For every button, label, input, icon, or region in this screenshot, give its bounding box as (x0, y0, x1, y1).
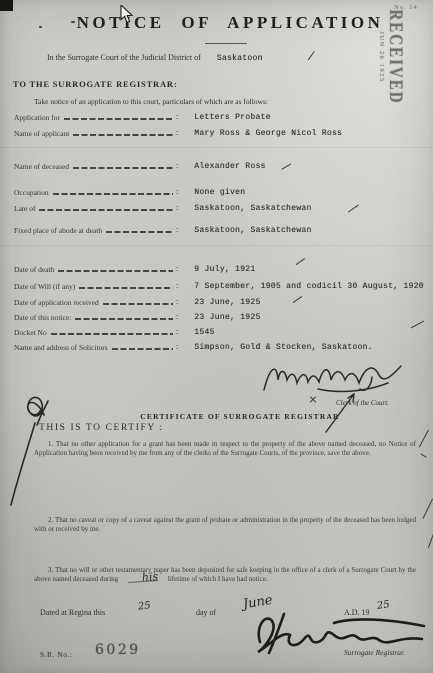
dash-leader (73, 134, 173, 135)
page-title: NOTICE OF APPLICATION (60, 13, 400, 33)
certificate-heading: CERTIFICATE OF SURROGATE REGISTRAR (90, 412, 390, 421)
registrar-caption: Surrogate Registrar. (344, 648, 405, 657)
dash-leader (51, 333, 173, 334)
dash-leader (103, 303, 173, 304)
field-colon: : (176, 203, 178, 212)
certificate-clause-3: 3. That no will or other testamentary pa… (34, 566, 416, 583)
field-label: Date of this notice: (14, 313, 71, 322)
notice-intro: Take notice of an application to this co… (34, 97, 268, 106)
section-divider (0, 147, 433, 148)
field-row-date-of-death: Date of death : 9 July, 1921 (14, 263, 418, 274)
pen-tick (423, 499, 433, 519)
pen-arrow-mark (322, 388, 358, 434)
field-colon: : (176, 281, 178, 290)
court-line: In the Surrogate Court of the Judicial D… (47, 53, 263, 63)
scanned-document-page: RECEIVED JUN 26 1925 No. 14 NOTICE OF AP… (0, 0, 433, 673)
court-line-label: In the Surrogate Court of the Judicial D… (47, 53, 201, 62)
field-label: Name of deceased (14, 162, 69, 171)
pen-tick (308, 51, 315, 61)
field-label: Fixed place of abode at death (14, 226, 102, 235)
field-row-occupation: Occupation : None given (14, 186, 418, 197)
sr-no-value: 6029 (95, 642, 141, 658)
field-row-application-received: Date of application received : 23 June, … (14, 296, 418, 307)
field-row-application-for: Application for : Letters Probate (14, 111, 418, 122)
field-colon: : (176, 128, 178, 137)
field-label: Date of death (14, 265, 54, 274)
field-colon: : (176, 327, 178, 336)
dash-leader (58, 270, 173, 271)
handwritten-his: his (128, 574, 159, 583)
field-value: Alexander Ross (194, 162, 265, 171)
field-row-date-of-notice: Date of this notice: : 23 June, 1925 (14, 311, 418, 322)
field-label: Occupation (14, 188, 49, 197)
field-row-solicitors: Name and address of Solicitors : Simpson… (14, 341, 418, 352)
scan-corner-mark (0, 0, 13, 11)
certificate-clause-2: 2. That no caveat or copy of a caveat ag… (34, 516, 416, 533)
day-of-label: day of (196, 608, 216, 617)
field-value: 7 September, 1905 and codicil 30 August,… (194, 282, 424, 291)
dash-leader (64, 118, 173, 119)
pen-tick (419, 430, 430, 448)
field-colon: : (176, 297, 178, 306)
field-colon: : (176, 312, 178, 321)
field-label: Name and address of Solicitors (14, 343, 108, 352)
mouse-cursor-icon (120, 5, 135, 24)
title-rule (205, 43, 247, 44)
field-value: Mary Ross & George Nicol Ross (194, 129, 342, 138)
field-row-applicant-name: Name of applicant : Mary Ross & George N… (14, 127, 418, 138)
field-value: 23 June, 1925 (194, 298, 260, 307)
clause-3-text-end: lifetime of which I have had notice. (168, 575, 268, 583)
pen-tick (420, 453, 427, 458)
field-colon: : (176, 112, 178, 121)
field-colon: : (176, 187, 178, 196)
field-value: Saskatoon, Saskatchewan (194, 226, 311, 235)
field-label: Date of application received (14, 298, 99, 307)
ink-dot (39, 26, 42, 28)
field-label: Name of applicant (14, 129, 69, 138)
field-colon: : (176, 225, 178, 234)
dash-leader (79, 287, 173, 288)
document-number: No. 14 (394, 4, 418, 11)
field-label: Application for (14, 113, 60, 122)
field-value: Simpson, Gold & Stocken, Saskatoon. (194, 343, 373, 352)
section-divider (0, 245, 433, 246)
dash-leader (112, 348, 173, 349)
field-label: Late of (14, 204, 35, 213)
field-row-deceased-name: Name of deceased : Alexander Ross (14, 160, 418, 171)
field-colon: : (176, 264, 178, 273)
dash-leader (39, 209, 173, 210)
field-colon: : (176, 161, 178, 170)
field-value: 1545 (194, 328, 214, 337)
margin-pen-scribble (4, 393, 66, 511)
sr-no-label: S.R. No.: (40, 650, 72, 659)
certificate-clause-1: 1. That no other application for a grant… (34, 440, 416, 457)
field-value: None given (194, 188, 245, 197)
dash-leader (106, 231, 173, 232)
field-value: 23 June, 1925 (194, 313, 260, 322)
court-district-value: Saskatoon (217, 54, 263, 63)
dash-leader (73, 167, 173, 168)
field-colon: : (176, 342, 178, 351)
field-value: Letters Probate (194, 113, 271, 122)
field-value: 9 July, 1921 (194, 265, 255, 274)
dated-prefix: Dated at Regina this (40, 608, 105, 617)
field-label: Date of Will (if any) (14, 282, 75, 291)
field-label: Docket No (14, 328, 47, 337)
handwritten-day: 25 (137, 600, 151, 612)
dash-leader (53, 193, 173, 194)
field-row-date-of-will: Date of Will (if any) : 7 September, 190… (14, 280, 418, 291)
registrar-heading: TO THE SURROGATE REGISTRAR: (13, 79, 177, 89)
dash-leader (75, 318, 173, 319)
pen-tick (428, 523, 433, 548)
field-row-abode-at-death: Fixed place of abode at death : Saskatoo… (14, 224, 418, 235)
field-row-docket-no: Docket No : 1545 (14, 326, 418, 337)
field-value: Saskatoon, Saskatchewan (194, 204, 311, 213)
